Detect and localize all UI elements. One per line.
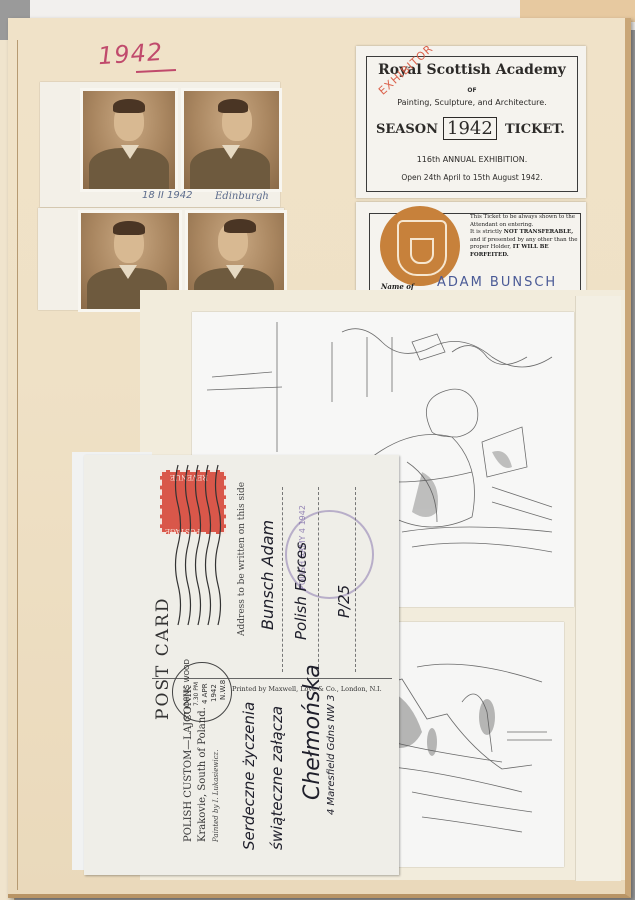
portrait-photo (80, 88, 178, 192)
ticket-of: OF (366, 87, 578, 94)
postcard-heading: POST CARD (153, 597, 173, 720)
postmark-district: N.W.8 (219, 680, 227, 700)
ticket-season-label: SEASON (376, 122, 438, 137)
address-instruction: Address to be written on this side (237, 482, 247, 636)
postmark-time: 7.30 PM (193, 682, 200, 706)
recipient-name: Bunsch Adam (258, 520, 277, 630)
ticket-holder-name: ADAM BUNSCH (437, 275, 557, 290)
recipient-unit: Polish Forces (292, 542, 310, 640)
ticket-label: TICKET. (505, 122, 565, 137)
ticket-year: 1942 (443, 117, 497, 140)
photo-date-caption: 18 II 1942 (142, 190, 192, 201)
photo-signature: Edinburgh (215, 191, 269, 202)
sketch-landscape-drawing (392, 622, 564, 867)
message-address: 4 Maresfield Gdns NW 3 (326, 695, 337, 815)
year-annotation: 1942 (97, 38, 164, 70)
card-caption-painter: Painted by I. Lukasiewicz. (212, 750, 220, 842)
message-signature: Chełmońska (300, 664, 325, 800)
postmark-year: 1942 (210, 684, 218, 702)
crest-shield-icon (410, 238, 434, 264)
card-caption-title: POLISH CUSTOM—LAJCONIK (183, 686, 194, 842)
page-gutter (17, 40, 18, 890)
ticket-rules: This Ticket to be always shown to the At… (470, 214, 578, 259)
message-line-2: świąteczne załącza (268, 706, 286, 850)
portrait-photo (181, 88, 282, 192)
recipient-number: P/25 (335, 585, 353, 618)
ticket-subtitle: Painting, Sculpture, and Architecture. (366, 98, 578, 107)
ticket-annual: 116th ANNUAL EXHIBITION. (366, 155, 578, 164)
postmark-date: 4 APR (201, 683, 209, 704)
card-caption-place: Krakovie, South of Poland. (197, 707, 208, 842)
ticket-dates: Open 24th April to 15th August 1942. (366, 173, 578, 182)
message-line-1: Serdeczne życzenia (240, 702, 258, 850)
paper-slip (575, 296, 621, 881)
